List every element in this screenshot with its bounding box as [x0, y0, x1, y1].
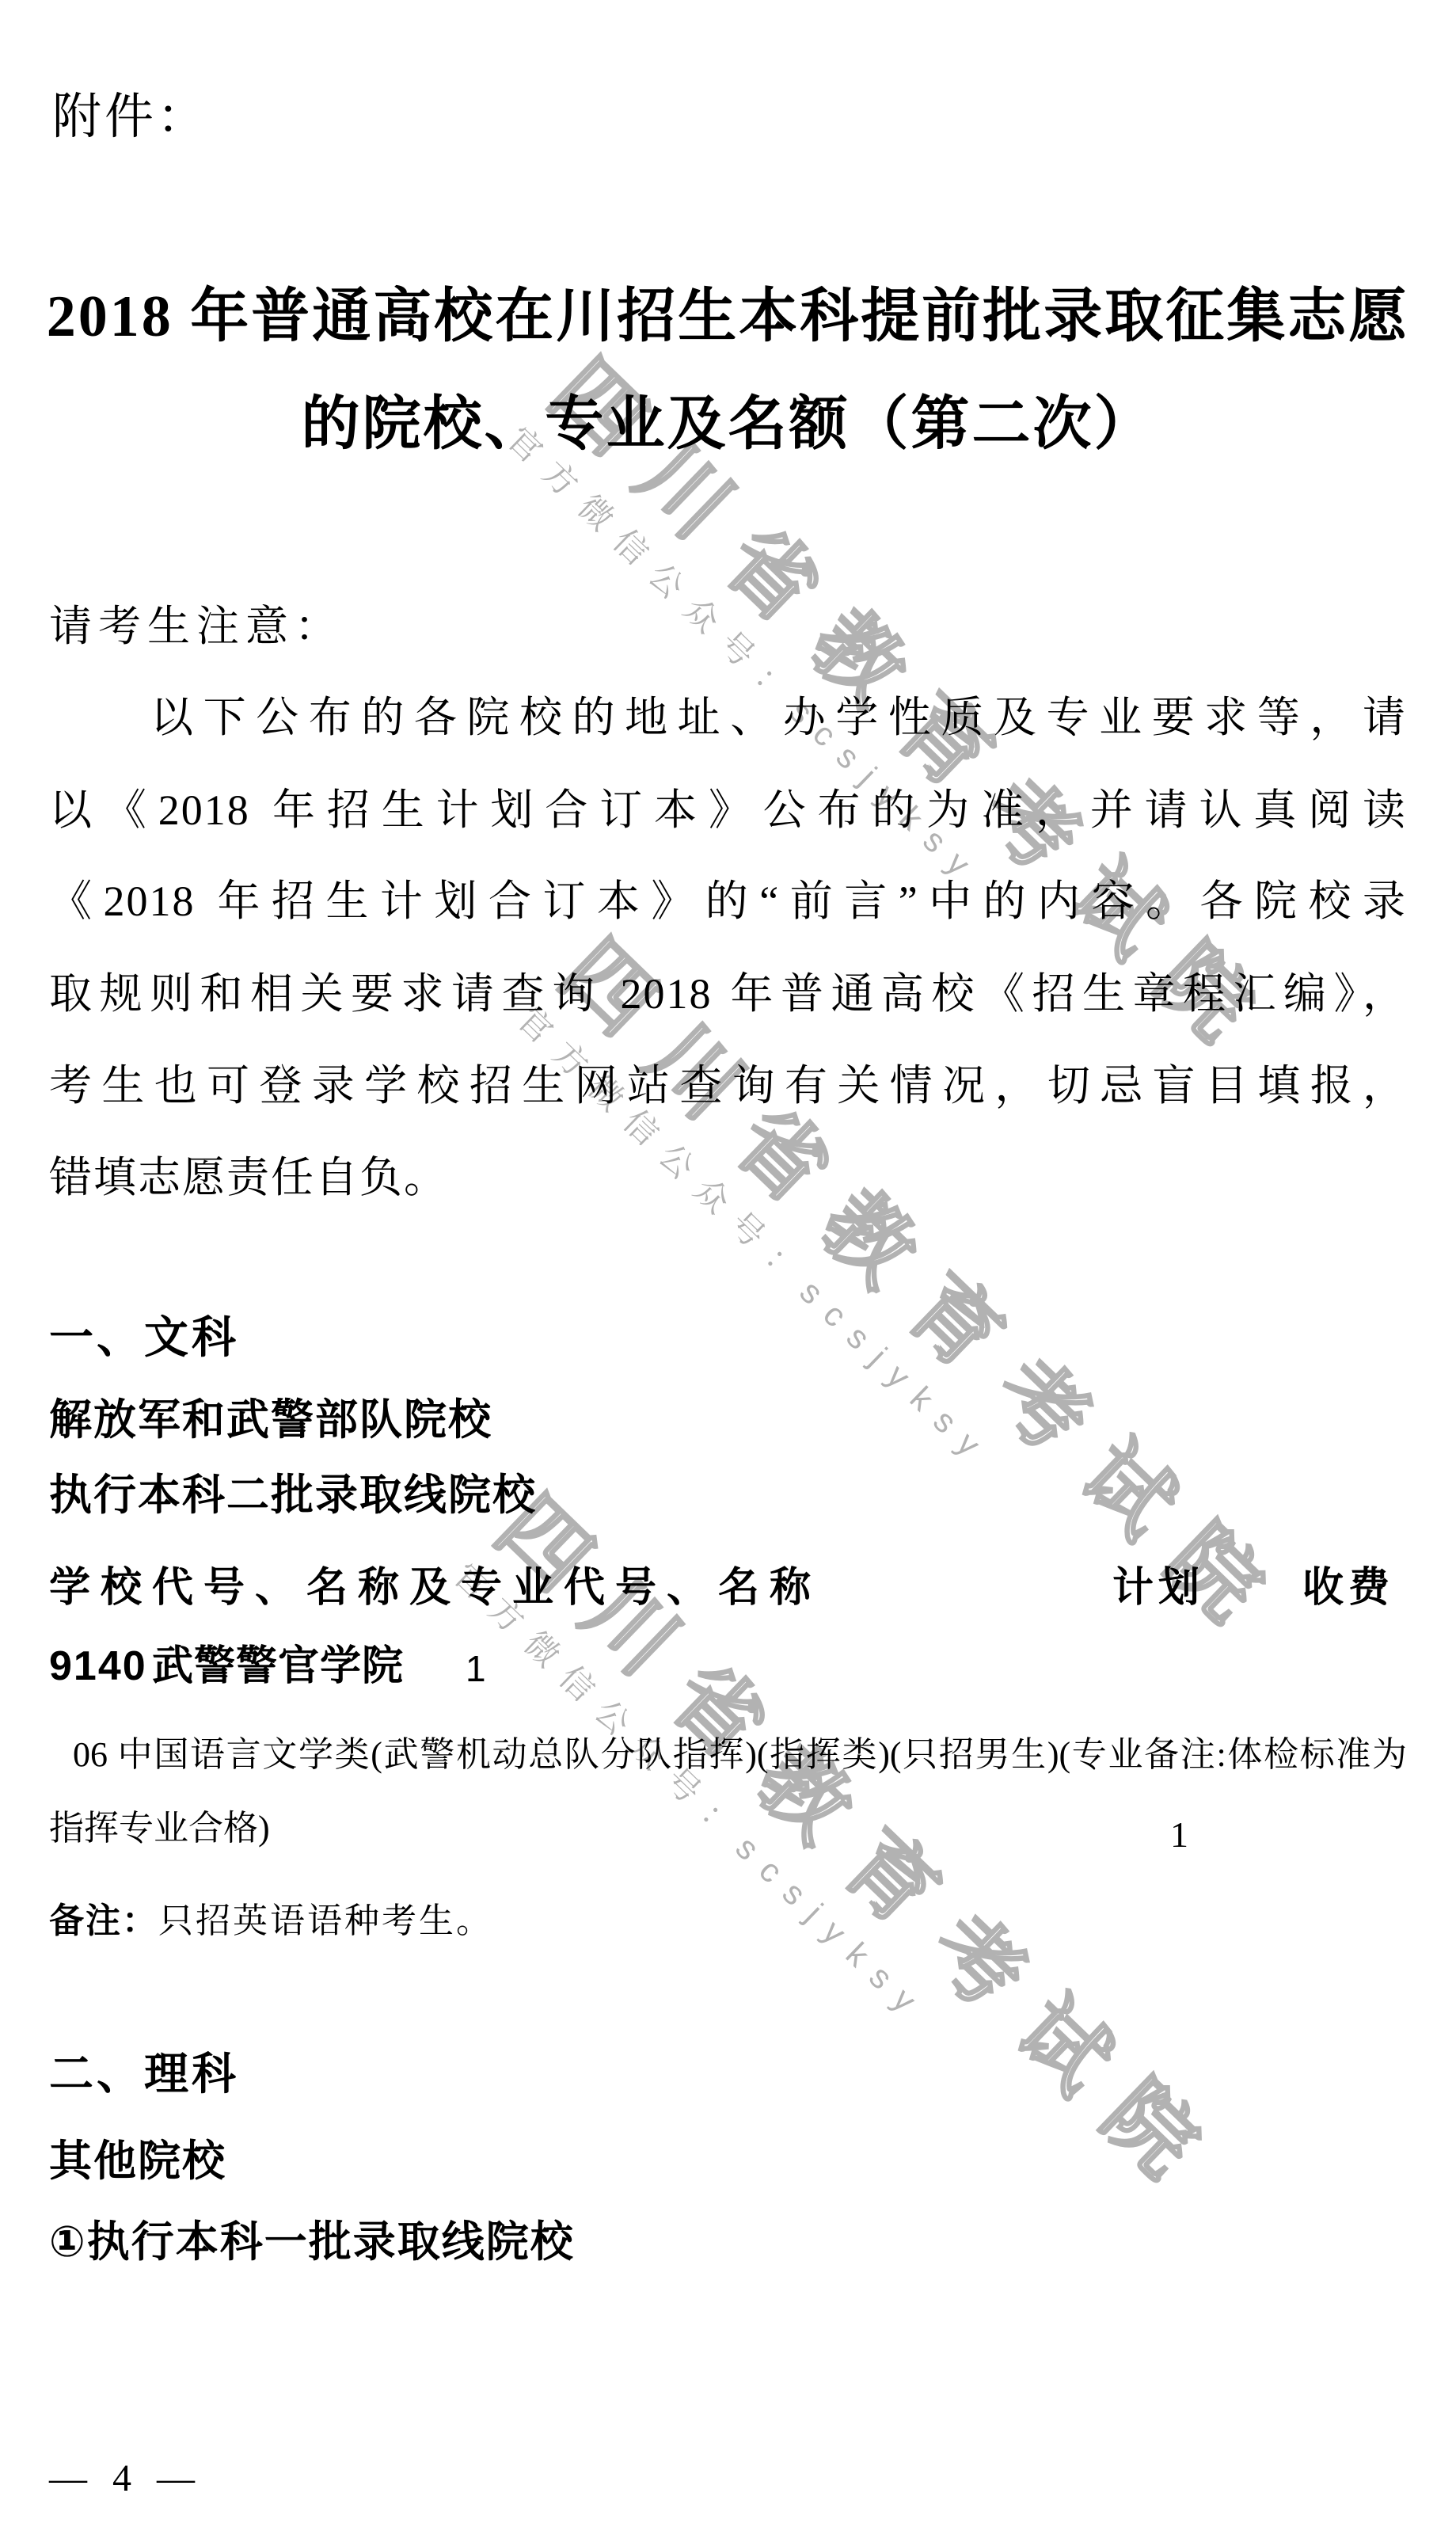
- page-number: — 4 —: [49, 2458, 203, 2500]
- doc-title-line-2: 的院校、专业及名额（第二次）: [0, 391, 1456, 459]
- notice-line-3: 《2018 年招生计划合订本》的“前言”中的内容。各院校录: [49, 877, 1407, 925]
- subsection-military-police-schools: 解放军和武警部队院校: [49, 1397, 492, 1444]
- remark-row: 备注：只招英语语种考生。: [49, 1901, 493, 1943]
- notice-line-2: 以《2018 年招生计划合订本》公布的为准，并请认真阅读: [49, 786, 1407, 834]
- document-page: 四川省教育考试院 官方微信公众号：scsjyksy 四川省教育考试院 官方微信公…: [0, 0, 1456, 2535]
- notice-line-5: 考生也可登录学校招生网站查询有关情况，切忌盲目填报，: [49, 1062, 1407, 1110]
- remark-label: 备注：: [49, 1901, 158, 1940]
- notice-line-4: 取规则和相关要求请查询 2018 年普通高校《招生章程汇编》，: [49, 970, 1407, 1018]
- attachment-label: 附件：: [52, 90, 209, 144]
- table-header-school: 学校代号、名称及专业代号、名称: [49, 1566, 821, 1611]
- subsection-tier1-cutoff-schools: ①执行本科一批录取线院校: [49, 2219, 575, 2266]
- table-header-fee: 收费: [1302, 1566, 1394, 1611]
- table-header-plan: 计划: [1112, 1566, 1204, 1611]
- section-heading-science: 二、理科: [49, 2050, 239, 2099]
- notice-line-6: 错填志愿责任自负。: [49, 1154, 1407, 1201]
- school-plan-count: 1: [466, 1649, 486, 1689]
- remark-text: 只招英语语种考生。: [158, 1901, 493, 1940]
- school-name: 武警警官学院: [152, 1644, 404, 1689]
- notice-line-1: 以下公布的各院校的地址、办学性质及专业要求等，请: [49, 694, 1407, 741]
- school-code: 9140: [49, 1644, 147, 1689]
- document-content: 附件： 2018 年普通高校在川招生本科提前批录取征集志愿 的院校、专业及名额（…: [0, 0, 1456, 2535]
- subsection-other-schools: 其他院校: [49, 2138, 226, 2185]
- notice-heading: 请考生注意：: [49, 602, 344, 651]
- major-line-2: 指挥专业合格): [49, 1808, 270, 1850]
- major-plan-count: 1: [1170, 1815, 1188, 1856]
- major-line-1: 06 中国语言文学类(武警机动总队分队指挥)(指挥类)(只招男生)(专业备注:体…: [49, 1734, 1407, 1776]
- subsection-tier2-cutoff-schools: 执行本科二批录取线院校: [49, 1472, 537, 1519]
- doc-title-line-1: 2018 年普通高校在川招生本科提前批录取征集志愿: [0, 284, 1456, 351]
- section-heading-liberal-arts: 一、文科: [49, 1313, 239, 1362]
